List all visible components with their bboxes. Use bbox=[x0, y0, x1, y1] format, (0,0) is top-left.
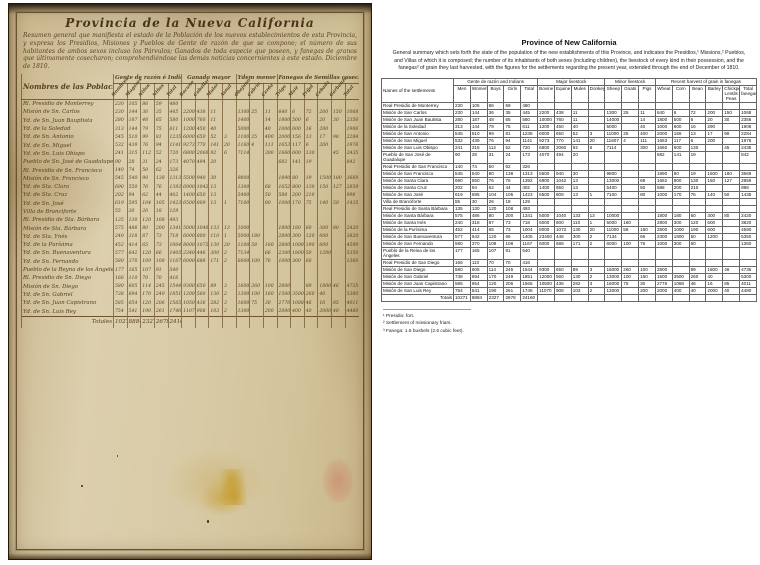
table-cell: 6000 bbox=[182, 233, 196, 241]
settlement-name: Yd. de Sta. Cruz bbox=[22, 191, 114, 199]
column-header-label: Total bbox=[343, 85, 355, 98]
table-cell: 450 bbox=[195, 125, 209, 133]
table-cell: 588 bbox=[655, 184, 672, 191]
table-cell: 111 bbox=[639, 137, 656, 144]
table-cell: 2000 bbox=[277, 307, 291, 316]
table-cell: 60 bbox=[304, 224, 318, 232]
table-cell: 436 bbox=[195, 299, 209, 307]
totals-cell bbox=[639, 294, 656, 301]
table-cell: 7114 bbox=[605, 144, 622, 151]
table-cell: 400 bbox=[263, 133, 277, 141]
table-cell: 36 bbox=[141, 108, 155, 116]
table-cell: 400 bbox=[672, 287, 689, 294]
table-cell: 619 bbox=[114, 200, 128, 208]
table-cell bbox=[318, 166, 332, 174]
table-cell: 50 bbox=[141, 166, 155, 174]
table-cell: 30 bbox=[332, 117, 346, 125]
table-cell: 40 bbox=[332, 307, 346, 316]
table-cell bbox=[706, 163, 723, 170]
table-cell bbox=[332, 141, 346, 149]
table-cell bbox=[223, 108, 237, 116]
table-cell: 4590 bbox=[345, 241, 359, 249]
table-cell: 446 bbox=[554, 233, 571, 240]
table-cell bbox=[195, 274, 209, 282]
table-cell: 260 bbox=[250, 283, 264, 291]
table-cell bbox=[318, 266, 332, 274]
column-header: Caballar bbox=[195, 83, 209, 99]
table-cell: 1652 bbox=[655, 177, 672, 184]
settlement-name: Misión de San José bbox=[382, 191, 454, 198]
table-cell: 87 bbox=[141, 233, 155, 241]
table-row: Pueblo de la Reina de los Ángeles1771651… bbox=[382, 247, 757, 259]
table-cell bbox=[250, 99, 264, 108]
table-cell bbox=[223, 99, 237, 108]
table-cell bbox=[223, 183, 237, 191]
table-cell bbox=[605, 205, 622, 212]
table-cell bbox=[182, 208, 196, 216]
table-cell bbox=[588, 116, 605, 123]
table-cell: 13000 bbox=[236, 307, 250, 316]
table-cell bbox=[655, 247, 672, 259]
settlement-name: Yd. de Sn. Buenaventura bbox=[22, 249, 114, 257]
table-cell: 80 bbox=[672, 170, 689, 177]
table-cell: 280 bbox=[114, 117, 128, 125]
table-cell: 550 bbox=[470, 177, 487, 184]
table-cell: 2000 bbox=[277, 133, 291, 141]
table-row: Pueblo de Sn. José de Guadalupe902831241… bbox=[22, 158, 360, 166]
table-cell: 16 bbox=[318, 299, 332, 307]
table-cell: 1565 bbox=[521, 280, 538, 287]
table-row: Misión de la Purísima4524146573100480001… bbox=[382, 226, 757, 233]
table-row: Yd. de Sn. Juan Capistrano58565412020615… bbox=[22, 299, 360, 307]
table-cell: 20 bbox=[571, 151, 588, 163]
table-cell: 300 bbox=[291, 258, 305, 266]
table-cell: 718 bbox=[168, 233, 182, 241]
table-cell: 260 bbox=[304, 291, 318, 299]
table-cell: 31 bbox=[487, 151, 504, 163]
table-cell: 160 bbox=[639, 273, 656, 280]
table-cell: 165 bbox=[127, 266, 141, 274]
manuscript-table: Nombres de las PoblacionesGente de razón… bbox=[21, 74, 359, 328]
table-cell: 1435 bbox=[740, 191, 757, 198]
table-cell: 5350 bbox=[345, 249, 359, 257]
column-header: Maíz bbox=[291, 83, 305, 99]
table-cell: 11070 bbox=[182, 307, 196, 316]
table-row: Yd. de Sn. José6195951041051423650080913… bbox=[22, 200, 360, 208]
table-cell: 545 bbox=[114, 133, 128, 141]
table-cell: 315 bbox=[470, 144, 487, 151]
table-cell: 640 bbox=[277, 108, 291, 116]
table-cell: 30 bbox=[263, 299, 277, 307]
table-cell: 2 bbox=[223, 307, 237, 316]
table-cell: 4 bbox=[250, 141, 264, 149]
table-cell bbox=[622, 144, 639, 151]
table-cell: 1906 bbox=[345, 125, 359, 133]
table-cell: 89 bbox=[304, 283, 318, 291]
table-cell bbox=[689, 102, 706, 109]
table-cell bbox=[332, 249, 346, 257]
table-cell bbox=[639, 151, 656, 163]
column-header: Girls bbox=[504, 85, 521, 102]
table-cell: 170 bbox=[672, 191, 689, 198]
table-cell: 10000 bbox=[236, 224, 250, 232]
table-cell: 52 bbox=[504, 144, 521, 151]
table-cell: 55 bbox=[454, 198, 471, 205]
table-row: Rl. Presidio de Sn. Francisco14074506232… bbox=[22, 166, 360, 174]
table-cell: 770 bbox=[554, 137, 571, 144]
table-cell: 494 bbox=[195, 158, 209, 166]
table-cell: 1653 bbox=[277, 141, 291, 149]
table-cell bbox=[182, 216, 196, 224]
table-cell: 80 bbox=[291, 175, 305, 183]
table-cell bbox=[706, 144, 723, 151]
table-cell: 75 bbox=[250, 299, 264, 307]
table-cell: 160 bbox=[263, 241, 277, 249]
table-cell: 130 bbox=[209, 241, 223, 249]
table-cell: 438 bbox=[195, 108, 209, 116]
table-cell: 99 bbox=[487, 130, 504, 137]
table-cell: 7134 bbox=[605, 233, 622, 240]
table-cell: 13000 bbox=[236, 291, 250, 299]
column-header: Cerda bbox=[263, 83, 277, 99]
table-cell: 720 bbox=[168, 150, 182, 158]
table-cell bbox=[554, 102, 571, 109]
table-row: Misión de Santa Inés24031887737186000800… bbox=[382, 219, 757, 226]
table-cell bbox=[345, 166, 359, 174]
table-cell: 493 bbox=[521, 205, 538, 212]
table-cell: 156 bbox=[291, 133, 305, 141]
table-cell: 44 bbox=[504, 184, 521, 191]
table-cell: 110 bbox=[127, 274, 141, 282]
table-row: Rl. Presidio de Sta. Bárbara135130120108… bbox=[22, 216, 360, 224]
table-cell: 70 bbox=[141, 274, 155, 282]
table-cell: 85 bbox=[332, 299, 346, 307]
table-cell: 2 bbox=[588, 287, 605, 294]
table-cell: 200 bbox=[318, 108, 332, 116]
table-cell bbox=[723, 247, 740, 259]
totals-label: Totales bbox=[22, 316, 114, 328]
table-cell: 400 bbox=[639, 130, 656, 137]
table-cell: 545 bbox=[114, 175, 128, 183]
table-cell: 108 bbox=[504, 205, 521, 212]
table-row: Yd. de Sta. Cruz202946244402140065013540… bbox=[22, 191, 360, 199]
table-cell: 120 bbox=[141, 249, 155, 257]
table-row: Yd. de Sn. Gabriel7386941702491851120005… bbox=[22, 291, 360, 299]
manuscript-title: Provincia de la Nueva California bbox=[21, 16, 359, 30]
table-cell: 4070 bbox=[538, 151, 555, 163]
table-cell bbox=[250, 150, 264, 158]
table-cell: 13 bbox=[588, 212, 605, 219]
table-cell: 9800 bbox=[236, 175, 250, 183]
table-cell: 13000 bbox=[605, 273, 622, 280]
table-cell bbox=[277, 99, 291, 108]
column-header: Niñas bbox=[154, 83, 168, 99]
table-cell: 1141 bbox=[168, 141, 182, 149]
table-cell: 108 bbox=[504, 240, 521, 247]
totals-cell bbox=[263, 316, 277, 328]
table-cell: 107 bbox=[141, 266, 155, 274]
transcription-panel: Province of New California General summa… bbox=[381, 38, 757, 336]
table-cell: 280 bbox=[454, 116, 471, 123]
table-cell bbox=[250, 216, 264, 224]
table-row: Misión de Sn. Carlos23014436354452200438… bbox=[22, 108, 360, 116]
table-cell bbox=[236, 208, 250, 216]
table-cell: 11607 bbox=[236, 141, 250, 149]
table-cell: 494 bbox=[554, 151, 571, 163]
table-cell bbox=[250, 125, 264, 133]
table-cell: 580 bbox=[114, 258, 128, 266]
table-cell bbox=[318, 274, 332, 282]
table-cell: 16000 bbox=[236, 283, 250, 291]
table-cell: 1000 bbox=[655, 240, 672, 247]
table-row: Yd. de Sn. Fernando580370109108116760006… bbox=[22, 258, 360, 266]
settlement-name: Pueblo de Sn. José de Guadalupe bbox=[22, 158, 114, 166]
table-cell bbox=[740, 163, 757, 170]
table-cell: 200 bbox=[263, 307, 277, 316]
table-cell: 81 bbox=[504, 130, 521, 137]
footnote-divider bbox=[383, 309, 471, 310]
table-cell: 50 bbox=[689, 233, 706, 240]
totals-cell: 2678 bbox=[154, 316, 168, 328]
table-cell bbox=[588, 177, 605, 184]
column-header: Asnal bbox=[223, 83, 237, 99]
table-cell: 1405 bbox=[521, 233, 538, 240]
table-cell bbox=[223, 274, 237, 282]
table-cell bbox=[277, 266, 291, 274]
table-cell: 642 bbox=[470, 233, 487, 240]
column-header-label: Niños bbox=[138, 83, 151, 98]
table-cell: 108 bbox=[154, 216, 168, 224]
table-cell: 17 bbox=[318, 133, 332, 141]
column-header: Donkeys bbox=[588, 85, 605, 102]
table-cell: 65 bbox=[504, 116, 521, 123]
table-cell: 120 bbox=[487, 280, 504, 287]
table-cell: 1800 bbox=[672, 233, 689, 240]
table-cell: 89 bbox=[689, 266, 706, 273]
table-row: Misión de San Buenaventura57764212066140… bbox=[382, 233, 757, 240]
table-cell: 180 bbox=[723, 170, 740, 177]
settlement-name: Misión de Sn. Carlos bbox=[22, 108, 114, 116]
table-row: Misión de San Juan Capistrano58565412020… bbox=[382, 280, 757, 287]
table-cell: 414 bbox=[470, 226, 487, 233]
table-cell: 1851 bbox=[168, 291, 182, 299]
table-cell: 98 bbox=[332, 133, 346, 141]
table-cell: 1000 bbox=[655, 191, 672, 198]
table-cell bbox=[345, 99, 359, 108]
table-cell: 92 bbox=[209, 150, 223, 158]
table-cell bbox=[263, 166, 277, 174]
table-cell: 110 bbox=[470, 259, 487, 266]
table-cell: 202 bbox=[114, 191, 128, 199]
table-cell: 1660 bbox=[655, 144, 672, 151]
table-cell bbox=[723, 163, 740, 170]
table-cell: 1906 bbox=[740, 123, 757, 130]
table-cell bbox=[332, 258, 346, 266]
table-cell bbox=[182, 99, 196, 108]
table-cell: 290 bbox=[318, 125, 332, 133]
table-row: Yd. de la Purísima4524146573100480001072… bbox=[22, 241, 360, 249]
table-row: Misión de Sn. Diego580605114245154493006… bbox=[22, 283, 360, 291]
table-cell: 2800 bbox=[277, 283, 291, 291]
table-cell bbox=[588, 109, 605, 116]
table-cell: 241 bbox=[454, 144, 471, 151]
column-header: Women bbox=[470, 85, 487, 102]
table-cell: 130 bbox=[127, 216, 141, 224]
table-row: Misión de San José6195951041051423650080… bbox=[382, 191, 757, 198]
table-cell: 6 bbox=[291, 108, 305, 116]
column-header-label: Fríjol bbox=[302, 84, 315, 98]
settlement-name: Yd. de Sn. José bbox=[22, 200, 114, 208]
table-cell: 20 bbox=[588, 137, 605, 144]
table-cell: 1746 bbox=[521, 287, 538, 294]
table-cell bbox=[588, 163, 605, 170]
table-cell: 600 bbox=[291, 150, 305, 158]
table-cell: 16000 bbox=[236, 299, 250, 307]
table-cell: 5000 bbox=[605, 219, 622, 226]
table-cell: 91 bbox=[154, 266, 168, 274]
table-cell: 190 bbox=[689, 226, 706, 233]
settlement-name: Rl. Presidio de Sn. Diego bbox=[22, 274, 114, 282]
table-cell: 1800 bbox=[706, 266, 723, 273]
table-row: Yd. de Sn. Luis Obispo241315112527206800… bbox=[22, 150, 360, 158]
table-cell: 141 bbox=[571, 137, 588, 144]
table-cell: 14000 bbox=[605, 116, 622, 123]
table-cell: 206 bbox=[154, 299, 168, 307]
table-cell: 2420 bbox=[345, 224, 359, 232]
table-cell: 2800 bbox=[277, 233, 291, 241]
table-cell: 580 bbox=[114, 283, 128, 291]
table-cell: 249 bbox=[504, 273, 521, 280]
table-cell: 2800 bbox=[655, 266, 672, 273]
table-cell: 6 bbox=[304, 117, 318, 125]
table-cell bbox=[706, 205, 723, 212]
table-cell: 718 bbox=[521, 219, 538, 226]
table-cell: 445 bbox=[168, 108, 182, 116]
table-cell: 170 bbox=[141, 291, 155, 299]
table-cell: 1 bbox=[223, 233, 237, 241]
table-cell: 28 bbox=[470, 151, 487, 163]
table-cell bbox=[723, 102, 740, 109]
table-cell: 5500 bbox=[182, 175, 196, 183]
table-cell: 72 bbox=[689, 109, 706, 116]
table-cell bbox=[236, 99, 250, 108]
table-cell: 300 bbox=[639, 144, 656, 151]
table-cell bbox=[263, 216, 277, 224]
table-cell: 144 bbox=[127, 108, 141, 116]
table-cell bbox=[250, 175, 264, 183]
settlement-name: Villa de Branciforte bbox=[22, 208, 114, 216]
settlement-name: Yd. de Sn. Gabriel bbox=[22, 291, 114, 299]
table-cell: 532 bbox=[114, 141, 128, 149]
table-cell: 112 bbox=[487, 144, 504, 151]
table-cell: 170 bbox=[487, 273, 504, 280]
table-cell bbox=[236, 158, 250, 166]
table-cell: 446 bbox=[195, 249, 209, 257]
settlement-name: Misión de San Juan Bautista bbox=[382, 116, 454, 123]
table-cell: 200 bbox=[504, 212, 521, 219]
table-cell: 2 bbox=[588, 233, 605, 240]
settlement-name: Yd. de Sn. Fernando bbox=[22, 258, 114, 266]
table-cell bbox=[277, 166, 291, 174]
table-cell: 3 bbox=[223, 299, 237, 307]
table-cell: 110 bbox=[209, 233, 223, 241]
table-cell bbox=[250, 307, 264, 316]
table-cell: 20 bbox=[223, 141, 237, 149]
table-cell: 13 bbox=[689, 130, 706, 137]
table-cell bbox=[706, 198, 723, 205]
table-cell bbox=[588, 259, 605, 266]
table-cell: 28 bbox=[127, 158, 141, 166]
table-cell: 11 bbox=[571, 109, 588, 116]
table-cell: 1042 bbox=[554, 177, 571, 184]
table-cell: 170 bbox=[291, 200, 305, 208]
table-cell: 58 bbox=[622, 226, 639, 233]
table-cell bbox=[304, 266, 318, 274]
table-cell bbox=[639, 259, 656, 266]
table-cell: 16000 bbox=[605, 266, 622, 273]
table-cell: 600 bbox=[672, 144, 689, 151]
table-cell: 1 bbox=[588, 219, 605, 226]
totals-cell: 10271 bbox=[114, 316, 128, 328]
table-cell: 908 bbox=[554, 287, 571, 294]
table-cell bbox=[318, 99, 332, 108]
table-cell bbox=[538, 205, 555, 212]
table-cell: 1341 bbox=[521, 212, 538, 219]
table-cell: 10000 bbox=[605, 212, 622, 219]
table-cell: 100 bbox=[250, 291, 264, 299]
totals-cell: 2327 bbox=[487, 294, 504, 301]
table-row: Villa de Branciforte55302618129 bbox=[22, 208, 360, 216]
table-cell: 19 bbox=[689, 151, 706, 163]
table-cell: 1890 bbox=[655, 170, 672, 177]
footnote: ³ Fanega: 1.5 bushels (2.6 cubic feet). bbox=[383, 328, 757, 336]
table-cell: 202 bbox=[454, 184, 471, 191]
table-cell: 3 bbox=[223, 283, 237, 291]
table-cell: 140 bbox=[318, 200, 332, 208]
table-cell: 130 bbox=[304, 183, 318, 191]
totals-cell bbox=[723, 294, 740, 301]
table-cell bbox=[291, 216, 305, 224]
table-cell: 190 bbox=[487, 287, 504, 294]
table-cell: 1000 bbox=[655, 123, 672, 130]
column-header: Bean bbox=[689, 85, 706, 102]
totals-cell bbox=[622, 294, 639, 301]
column-header: Total bbox=[168, 83, 182, 99]
table-cell: 1000 bbox=[291, 241, 305, 249]
table-cell: 1167 bbox=[168, 258, 182, 266]
table-cell bbox=[672, 259, 689, 266]
table-cell: 59 bbox=[504, 102, 521, 109]
table-row: Yd. de Sn. Miguel53243976941141927377014… bbox=[22, 141, 360, 149]
table-cell bbox=[223, 166, 237, 174]
table-cell: 52 bbox=[209, 133, 223, 141]
table-cell bbox=[672, 266, 689, 273]
table-cell: 3669 bbox=[345, 175, 359, 183]
table-cell bbox=[639, 170, 656, 177]
table-cell bbox=[250, 274, 264, 282]
table-row: Misión de San Fernando580370109108116760… bbox=[382, 240, 757, 247]
table-cell: 800 bbox=[554, 219, 571, 226]
table-cell: 688 bbox=[195, 258, 209, 266]
manuscript-intro: Resumen general que manifiesta el estado… bbox=[23, 32, 357, 71]
table-cell: 2776 bbox=[277, 299, 291, 307]
table-cell: 541 bbox=[470, 287, 487, 294]
table-cell: 450 bbox=[554, 123, 571, 130]
table-cell: 98 bbox=[723, 130, 740, 137]
table-row: Real Presidio de San Diego1661107070416 bbox=[382, 259, 757, 266]
table-cell: 326 bbox=[521, 163, 538, 170]
table-cell bbox=[588, 205, 605, 212]
